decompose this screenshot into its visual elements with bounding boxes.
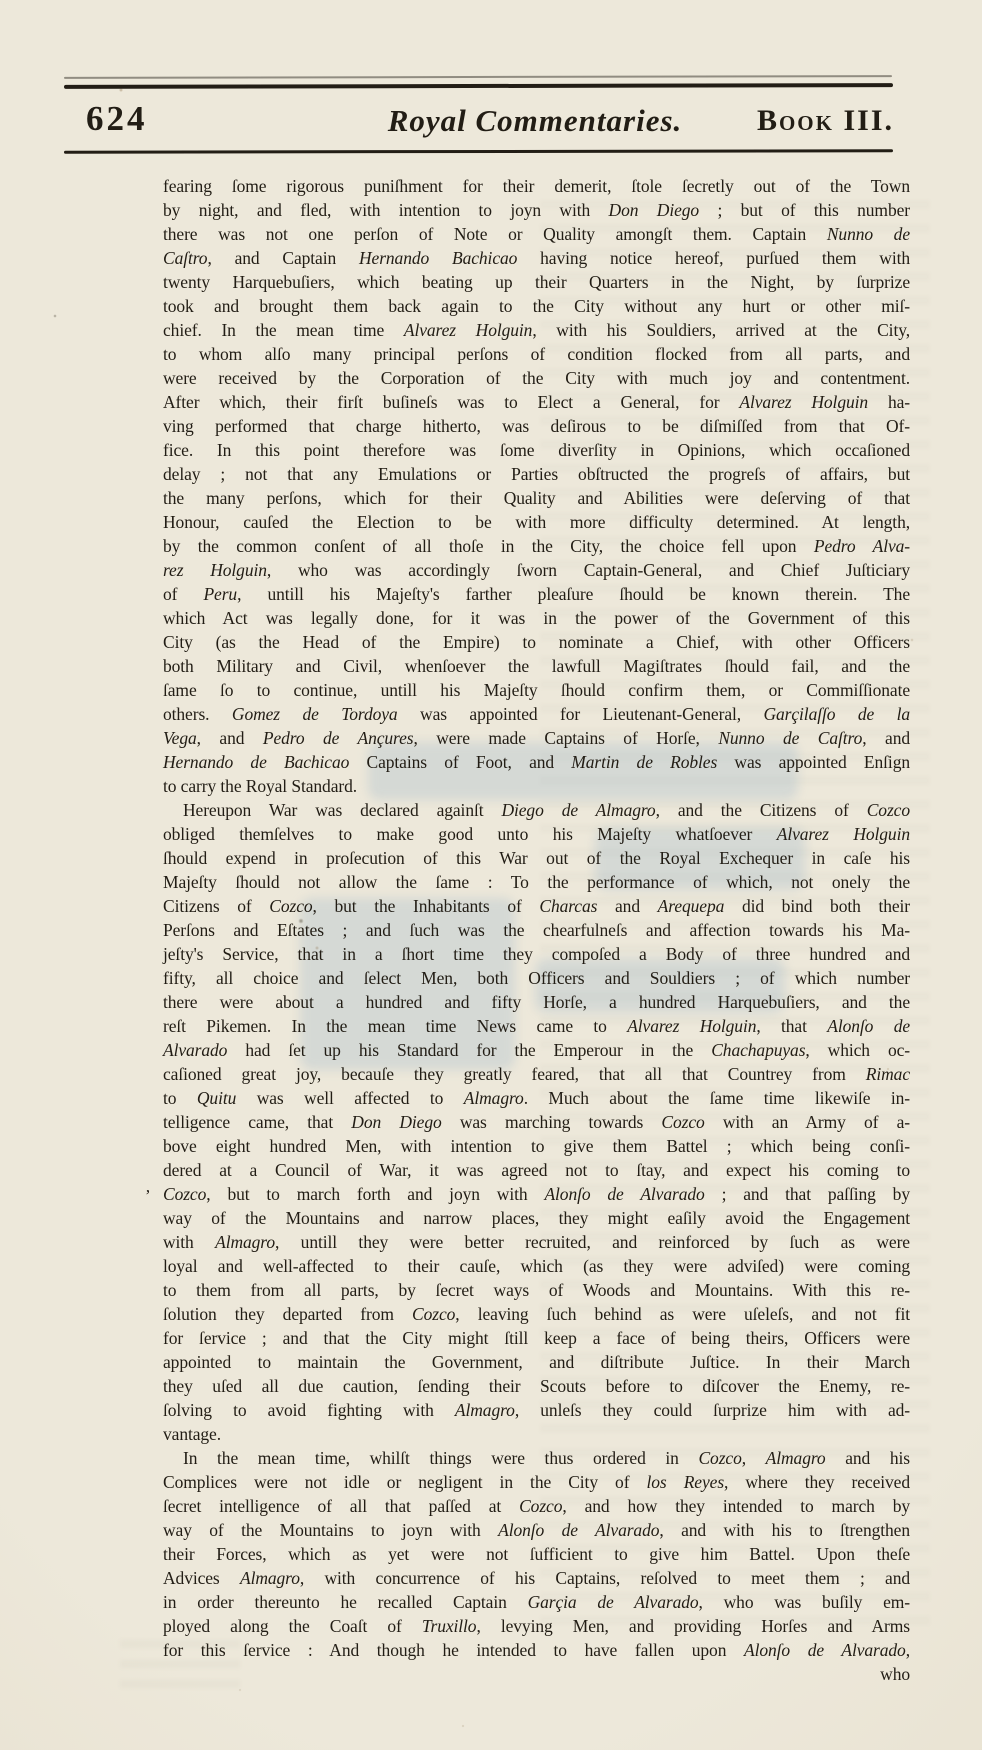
text-segment: twenty Harquebuſiers, which beating up t… (163, 272, 910, 292)
proper-name-italic: Almagro (766, 1448, 826, 1468)
text-segment: Honour, cauſed the Election to be with m… (163, 512, 910, 532)
text-segment: to them from all parts, by ſecret ways o… (163, 1280, 910, 1300)
text-segment: In the mean time, whilſt things were thu… (183, 1448, 698, 1468)
proper-name-italic: Peru (203, 584, 237, 604)
text-segment: in order thereunto he recalled Captain (163, 1592, 528, 1612)
text-line: Hereupon War was declared againſt Diego … (163, 798, 910, 822)
proper-name-italic: Cozco (412, 1304, 455, 1324)
text-segment: there was not one perſon of Note or Qual… (163, 224, 827, 244)
text-segment: dered at a Council of War, it was agreed… (163, 1160, 910, 1180)
text-line: the many perſons, which for their Qualit… (163, 486, 910, 510)
proper-name-italic: Nunno de (827, 224, 910, 244)
proper-name-italic: Almagro (455, 1400, 515, 1420)
text-segment: , which oc- (805, 1040, 910, 1060)
text-segment: was well affected to (236, 1088, 464, 1108)
text-segment: , but to march forth and joyn with (206, 1184, 544, 1204)
proper-name-italic: Alvarado (163, 1040, 227, 1060)
proper-name-italic: Alonſo de Alvarado (544, 1184, 704, 1204)
proper-name-italic: Caſtro (163, 248, 207, 268)
text-line: twenty Harquebuſiers, which beating up t… (163, 270, 910, 294)
text-segment: caſioned great joy, becauſe they greatly… (163, 1064, 866, 1084)
text-line: for this ſervice : And though he intende… (163, 1638, 910, 1662)
proper-name-italic: Alonſo de (827, 1016, 910, 1036)
text-line: Hernando de Bachicao Captains of Foot, a… (163, 750, 910, 774)
text-segment: for this ſervice : And though he intende… (163, 1640, 744, 1660)
book-number: Book III. (757, 104, 894, 138)
text-line: to carry the Royal Standard. (163, 774, 910, 798)
text-segment: Perſons and Eſtates ; and ſuch was the c… (163, 920, 910, 940)
proper-name-italic: Pedro de Ançures (263, 728, 414, 748)
text-segment: of (163, 584, 203, 604)
proper-name-italic: Vega (163, 728, 197, 748)
proper-name-italic: Rimac (866, 1064, 910, 1084)
text-line: both Military and Civil, whenſoever the … (163, 654, 910, 678)
text-segment: , unleſs they could ſurprize him with ad… (515, 1400, 910, 1420)
text-segment: the many perſons, which for their Qualit… (163, 488, 910, 508)
text-segment: there were about a hundred and fifty Hor… (163, 992, 910, 1012)
text-segment: by the common conſent of all thoſe in th… (163, 536, 814, 556)
text-segment: ving performed that charge hitherto, was… (163, 416, 910, 436)
text-segment: they uſed all due caution, ſending their… (163, 1376, 910, 1396)
page-number: 624 (86, 99, 148, 139)
text-segment: others. (163, 704, 232, 724)
text-segment: having notice hereof, purſued them with (517, 248, 910, 268)
text-segment: , who was accordingly ſworn Captain-Gene… (267, 560, 910, 580)
proper-name-italic: Alonſo de Alvarado (498, 1520, 659, 1540)
text-line: ſolving to avoid fighting with Almagro, … (163, 1398, 910, 1422)
text-line: by night, and fled, with intention to jo… (163, 198, 910, 222)
text-segment: ſame ſo to continue, untill his Majeſty … (163, 680, 910, 700)
proper-name-italic: Garçilaſſo de la (763, 704, 910, 724)
text-segment: loyal and well-affected to their cauſe, … (163, 1256, 910, 1276)
text-line: City (as the Head of the Empire) to nomi… (163, 630, 910, 654)
proper-name-italic: Almagro (464, 1088, 524, 1108)
proper-name-italic: Pedro Alva- (814, 536, 910, 556)
text-segment: to whom alſo many principal perſons of c… (163, 344, 910, 364)
text-segment: , were made Captains of Horſe, (414, 728, 719, 748)
text-segment: fice. In this point therefore was ſome d… (163, 440, 910, 460)
text-segment: fearing ſome rigorous puniſhment for the… (163, 176, 910, 196)
text-line: ſecret intelligence of all that paſſed a… (163, 1494, 910, 1518)
margin-quote-mark: ’ (145, 1184, 151, 1208)
text-line: took and brought them back again to the … (163, 294, 910, 318)
text-line: of Peru, untill his Majeſty's farther pl… (163, 582, 910, 606)
text-line: there were about a hundred and fifty Hor… (163, 990, 910, 1014)
proper-name-italic: Hernando de Bachicao (163, 752, 349, 772)
text-line: After which, their firſt buſineſs was to… (163, 390, 910, 414)
text-segment: Complices were not idle or negligent in … (163, 1472, 647, 1492)
text-segment: with an Army of a- (705, 1112, 910, 1132)
text-segment: ſolving to avoid fighting with (163, 1400, 455, 1420)
proper-name-italic: Alvarez Holguin (404, 320, 532, 340)
text-segment: , and with his to ſtrengthen (659, 1520, 910, 1540)
proper-name-italic: Cozco (661, 1112, 704, 1132)
proper-name-italic: Cozco (867, 800, 910, 820)
text-line: in order thereunto he recalled Captain G… (163, 1590, 910, 1614)
proper-name-italic: los Reyes (647, 1472, 725, 1492)
text-segment: ; and that paſſing by (705, 1184, 910, 1204)
proper-name-italic: Hernando Bachicao (359, 248, 517, 268)
text-segment: jeſty's Service, that in a ſhort time th… (163, 944, 910, 964)
text-segment: ſolution they departed from (163, 1304, 412, 1324)
proper-name-italic: Cozco (519, 1496, 562, 1516)
text-line: loyal and well-affected to their cauſe, … (163, 1254, 910, 1278)
text-line: fearing ſome rigorous puniſhment for the… (163, 174, 910, 198)
text-line: ving performed that charge hitherto, was… (163, 414, 910, 438)
text-line: chief. In the mean time Alvarez Holguin,… (163, 318, 910, 342)
book-page: 624 Royal Commentaries. Book III. fearin… (0, 0, 982, 1750)
text-line: way of the Mountains and narrow places, … (163, 1206, 910, 1230)
text-line: ’Cozco, but to march forth and joyn with… (163, 1182, 910, 1206)
text-segment: , with his Souldiers, arrived at the Cit… (532, 320, 910, 340)
text-segment: After which, their firſt buſineſs was to… (163, 392, 739, 412)
text-line: ployed along the Coaſt of Truxillo, levy… (163, 1614, 910, 1638)
text-segment: who (880, 1664, 910, 1684)
proper-name-italic: Martin de Robles (571, 752, 717, 772)
text-line: Alvarado had ſet up his Standard for the… (163, 1038, 910, 1062)
text-line: others. Gomez de Tordoya was appointed f… (163, 702, 910, 726)
text-line: they uſed all due caution, ſending their… (163, 1374, 910, 1398)
text-line: rez Holguin, who was accordingly ſworn C… (163, 558, 910, 582)
text-segment: , untill they were better recruited, and… (275, 1232, 910, 1252)
text-segment: was appointed for Lieutenant-General, (398, 704, 764, 724)
proper-name-italic: Don Diego (609, 200, 700, 220)
text-line: caſioned great joy, becauſe they greatly… (163, 1062, 910, 1086)
proper-name-italic: Quitu (197, 1088, 236, 1108)
text-segment: telligence came, that (163, 1112, 351, 1132)
proper-name-italic: Diego de Almagro (501, 800, 655, 820)
text-segment: , but the Inhabitants of (313, 896, 540, 916)
proper-name-italic: Truxillo (422, 1616, 477, 1636)
text-line: Advices Almagro, with concurrence of his… (163, 1566, 910, 1590)
text-line: with Almagro, untill they were better re… (163, 1230, 910, 1254)
header-rule-top-thin (64, 75, 892, 79)
proper-name-italic: Chachapuyas (711, 1040, 805, 1060)
text-line: ſame ſo to continue, untill his Majeſty … (163, 678, 910, 702)
text-segment: with (163, 1232, 215, 1252)
text-segment: was appointed Enſign (717, 752, 910, 772)
text-segment: fifty, all choice and ſelect Men, both O… (163, 968, 910, 988)
text-line: Majeſty ſhould not allow the ſame : To t… (163, 870, 910, 894)
text-line: vantage. (163, 1422, 910, 1446)
text-segment: obliged themſelves to make good unto his… (163, 824, 777, 844)
text-line: fifty, all choice and ſelect Men, both O… (163, 966, 910, 990)
proper-name-italic: Alvarez Holguin (739, 392, 868, 412)
text-line: ſhould expend in proſecution of this War… (163, 846, 910, 870)
text-segment: , and how they intended to march by (562, 1496, 910, 1516)
header-rule-top-thick (64, 83, 893, 89)
text-segment: ſhould expend in proſecution of this War… (163, 848, 910, 868)
catchword: who (163, 1662, 910, 1686)
text-segment: chief. In the mean time (163, 320, 404, 340)
text-segment: ſecret intelligence of all that paſſed a… (163, 1496, 519, 1516)
text-segment: did bind both their (724, 896, 910, 916)
text-line: to whom alſo many principal perſons of c… (163, 342, 910, 366)
text-segment: , with concurrence of his Captains, reſo… (300, 1568, 910, 1588)
text-segment: were received by the Corporation of the … (163, 368, 910, 388)
text-segment: reſt Pikemen. In the mean time News came… (163, 1016, 627, 1036)
text-segment: Advices (163, 1568, 240, 1588)
proper-name-italic: Charcas (539, 896, 597, 916)
proper-name-italic: Cozco (163, 1184, 206, 1204)
text-segment: , who was buſily em- (699, 1592, 910, 1612)
text-segment: , and the Citizens of (656, 800, 867, 820)
text-segment: , and (197, 728, 263, 748)
text-line: appointed to maintain the Government, an… (163, 1350, 910, 1374)
proper-name-italic: rez Holguin (163, 560, 267, 580)
text-segment: , (742, 1448, 766, 1468)
text-line: Citizens of Cozco, but the Inhabitants o… (163, 894, 910, 918)
text-segment: . Much about the ſame time likewiſe in- (524, 1088, 910, 1108)
text-segment: , leaving ſuch behind as were uſeleſs, a… (455, 1304, 910, 1324)
text-line: were received by the Corporation of the … (163, 366, 910, 390)
text-block: fearing ſome rigorous puniſhment for the… (163, 174, 910, 1686)
text-line: to them from all parts, by ſecret ways o… (163, 1278, 910, 1302)
text-line: ſolution they departed from Cozco, leavi… (163, 1302, 910, 1326)
text-segment: took and brought them back again to the … (163, 296, 910, 316)
text-segment: for ſervice ; and that the City might ſt… (163, 1328, 910, 1348)
text-line: for ſervice ; and that the City might ſt… (163, 1326, 910, 1350)
text-line: jeſty's Service, that in a ſhort time th… (163, 942, 910, 966)
text-segment: , untill his Majeſty's farther pleaſure … (237, 584, 910, 604)
text-segment: ha- (868, 392, 910, 412)
text-line: reſt Pikemen. In the mean time News came… (163, 1014, 910, 1038)
proper-name-italic: Almagro (240, 1568, 300, 1588)
proper-name-italic: Arequepa (658, 896, 725, 916)
text-line: In the mean time, whilſt things were thu… (163, 1446, 910, 1470)
text-segment: Captains of Foot, and (349, 752, 571, 772)
text-segment: , (906, 1640, 910, 1660)
text-segment: , levying Men, and providing Horſes and … (476, 1616, 910, 1636)
proper-name-italic: Don Diego (351, 1112, 441, 1132)
text-line: there was not one perſon of Note or Qual… (163, 222, 910, 246)
text-line: telligence came, that Don Diego was marc… (163, 1110, 910, 1134)
text-segment: Citizens of (163, 896, 269, 916)
text-line: by the common conſent of all thoſe in th… (163, 534, 910, 558)
text-segment: both Military and Civil, whenſoever the … (163, 656, 910, 676)
text-line: their Forces, which as yet were not ſuff… (163, 1542, 910, 1566)
text-line: to Quitu was well affected to Almagro. M… (163, 1086, 910, 1110)
text-segment: Hereupon War was declared againſt (183, 800, 501, 820)
text-segment: by night, and fled, with intention to jo… (163, 200, 609, 220)
text-segment: vantage. (163, 1424, 221, 1444)
text-segment: , that (756, 1016, 827, 1036)
text-segment: to carry the Royal Standard. (163, 776, 357, 796)
text-segment: appointed to maintain the Government, an… (163, 1352, 910, 1372)
text-segment: was marching towards (442, 1112, 662, 1132)
proper-name-italic: Alvarez Holguin (777, 824, 910, 844)
text-segment: had ſet up his Standard for the Emperour… (227, 1040, 711, 1060)
proper-name-italic: Cozco (269, 896, 312, 916)
text-line: dered at a Council of War, it was agreed… (163, 1158, 910, 1182)
proper-name-italic: Cozco (698, 1448, 741, 1468)
text-segment: which Act was legally done, for it was i… (163, 608, 910, 628)
text-segment: way of the Mountains to joyn with (163, 1520, 498, 1540)
proper-name-italic: Garçia de Alvarado (528, 1592, 699, 1612)
text-line: Vega, and Pedro de Ançures, were made Ca… (163, 726, 910, 750)
text-line: Honour, cauſed the Election to be with m… (163, 510, 910, 534)
text-segment: , where they received (724, 1472, 910, 1492)
text-line: Complices were not idle or negligent in … (163, 1470, 910, 1494)
text-line: obliged themſelves to make good unto his… (163, 822, 910, 846)
text-segment: ployed along the Coaſt of (163, 1616, 422, 1636)
text-line: which Act was legally done, for it was i… (163, 606, 910, 630)
text-segment: and his (826, 1448, 910, 1468)
text-line: fice. In this point therefore was ſome d… (163, 438, 910, 462)
text-segment: their Forces, which as yet were not ſuff… (163, 1544, 910, 1564)
text-segment: and (597, 896, 657, 916)
text-segment: delay ; not that any Emulations or Parti… (163, 464, 910, 484)
text-segment: Majeſty ſhould not allow the ſame : To t… (163, 872, 910, 892)
text-segment: to (163, 1088, 197, 1108)
text-segment: ; but of this number (699, 200, 910, 220)
text-line: bove eight hundred Men, with intention t… (163, 1134, 910, 1158)
text-segment: way of the Mountains and narrow places, … (163, 1208, 910, 1228)
text-line: Perſons and Eſtates ; and ſuch was the c… (163, 918, 910, 942)
text-line: delay ; not that any Emulations or Parti… (163, 462, 910, 486)
proper-name-italic: Alonſo de Alvarado (744, 1640, 906, 1660)
header-rule-bottom (64, 149, 893, 153)
proper-name-italic: Almagro (215, 1232, 275, 1252)
text-segment: , and Captain (207, 248, 359, 268)
text-line: Caſtro, and Captain Hernando Bachicao ha… (163, 246, 910, 270)
text-line: way of the Mountains to joyn with Alonſo… (163, 1518, 910, 1542)
proper-name-italic: Nunno de Caſtro (718, 728, 862, 748)
text-segment: bove eight hundred Men, with intention t… (163, 1136, 910, 1156)
text-segment: , and (862, 728, 910, 748)
proper-name-italic: Alvarez Holguin (627, 1016, 756, 1036)
text-segment: City (as the Head of the Empire) to nomi… (163, 632, 910, 652)
running-title: Royal Commentaries. (388, 103, 683, 139)
proper-name-italic: Gomez de Tordoya (232, 704, 398, 724)
